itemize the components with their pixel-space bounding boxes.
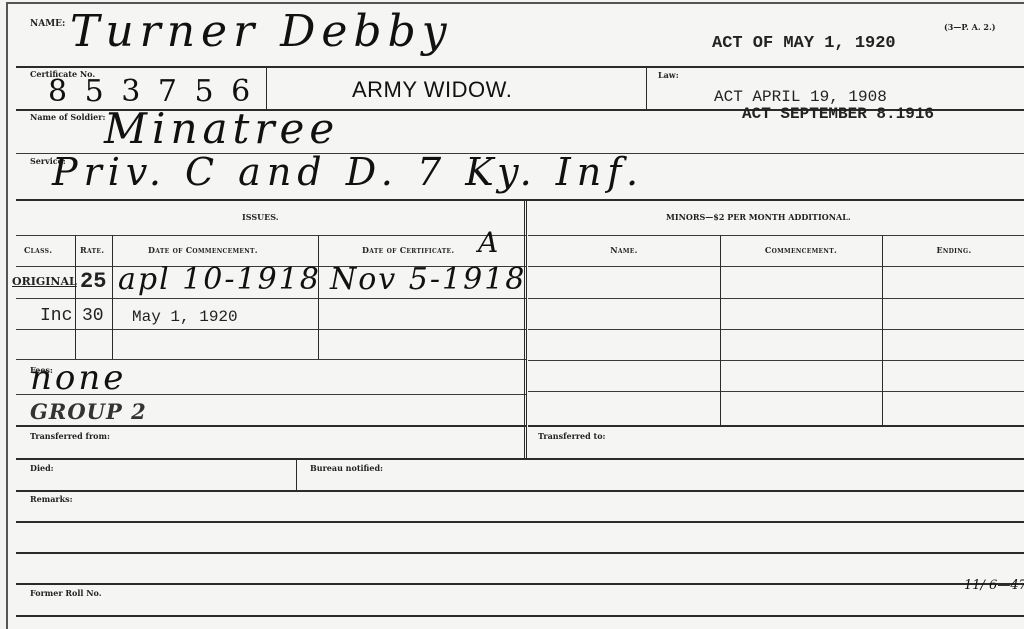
divider-rate [112,235,113,359]
rule-service [16,199,1024,201]
class-stamp: ARMY WIDOW. [352,77,512,103]
rule-remarks-2 [16,552,1024,554]
transferred-from-label: Transferred from: [30,431,110,441]
col-date-certificate: Date of Certificate. [362,245,454,255]
rule-minors-end [528,425,1024,427]
remarks-label: Remarks: [30,494,73,504]
row1-rate: 25 [80,269,106,294]
act-header: ACT OF MAY 1, 1920 [712,34,896,53]
divider-cert [266,66,267,109]
rule-issues-r2 [16,329,526,330]
row1-class: ORIGINAL [12,275,77,288]
name-value: Turner Debby [70,6,453,57]
bureau-notified-label: Bureau notified: [310,463,383,473]
col-date-commencement: Date of Commencement. [148,245,258,255]
rule-remarks-3 [16,583,1024,585]
law-line-1: ACT APRIL 19, 1908 [714,88,887,106]
soldier-label: Name of Soldier: [30,112,105,122]
minors-heading: MINORS—$2 PER MONTH ADDITIONAL. [666,212,851,222]
divider-law [646,66,647,109]
col-rate: Rate. [80,245,104,255]
row1-certificate: Nov 5-1918 [330,262,526,297]
row2-class: Inc [40,306,72,326]
divider-died [296,458,297,490]
rule-issues-r1 [16,298,526,299]
service-value: Priv. C and D. 7 Ky. Inf. [52,150,644,194]
rule-minors-r3 [528,360,1024,361]
divider-commencement [318,235,319,359]
divider-minors-commencement [882,235,883,425]
former-roll-label: Former Roll No. [30,588,102,598]
minors-col-ending: Ending. [882,245,1024,255]
row2-rate: 30 [82,306,104,326]
rule-issues-head [16,235,526,236]
soldier-value: Minatree [104,104,339,153]
rule-minors-head [528,235,1024,236]
rule-name [16,66,1024,68]
law-line-2: ACT SEPTEMBER 8.1916 [742,105,934,123]
rule-remarks-1 [16,521,1024,523]
minors-col-name: Name. [528,245,720,255]
col-class: Class. [24,245,52,255]
minors-col-commencement: Commencement. [720,245,882,255]
pension-index-card: NAME: Turner Debby ACT OF MAY 1, 1920 (3… [6,2,1024,629]
divider-class [75,235,76,359]
divider-center [524,199,527,458]
issues-heading: ISSUES. [242,212,278,222]
rule-roll [16,615,1024,617]
row1-commencement: apl 10-1918 [118,262,321,297]
rule-died [16,490,1024,492]
rule-minors-r1 [528,298,1024,299]
fees-value: none [30,358,126,398]
rule-minors-cols [528,266,1024,267]
law-label: Law: [658,70,679,80]
transferred-to-label: Transferred to: [538,431,606,441]
form-code: (3—P. A. 2.) [944,22,996,32]
group-stamp: GROUP 2 [30,399,147,424]
roll-mark: 11/ 6—471 [964,578,1024,593]
died-label: Died: [30,463,54,473]
certificate-mark: A [478,226,498,259]
row2-commencement: May 1, 1920 [132,308,238,326]
divider-minors-name [720,235,721,425]
rule-minors-r2 [528,329,1024,330]
rule-transferred [16,458,1024,460]
name-label: NAME: [30,19,65,29]
rule-minors-r4 [528,391,1024,392]
rule-group [16,425,526,427]
